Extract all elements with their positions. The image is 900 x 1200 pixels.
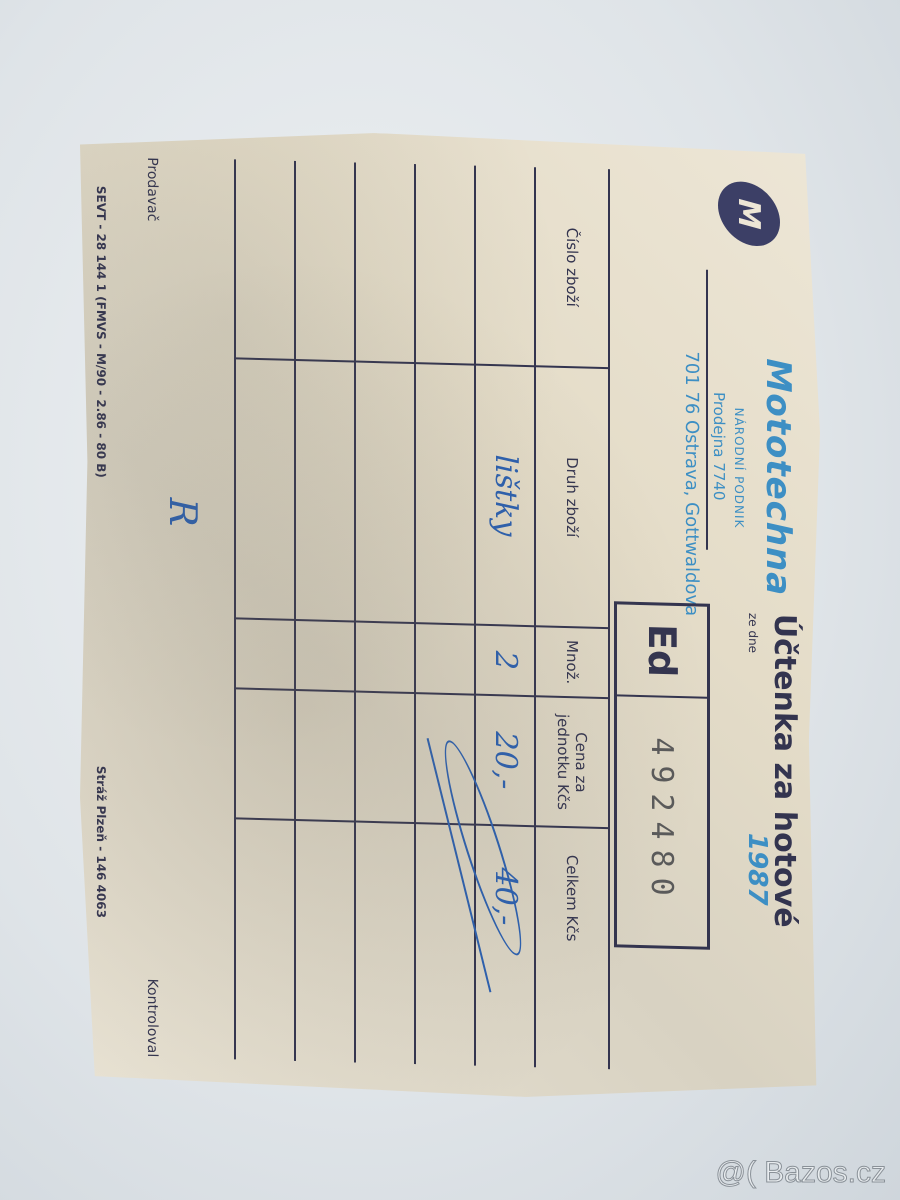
row-item-type: [296, 361, 354, 623]
row-item-number: [236, 159, 294, 361]
row-item-type: [356, 363, 414, 625]
row-unit-price: [236, 689, 294, 821]
date-label: ze dne: [746, 613, 760, 653]
bazos-watermark: @( Bazos.cz: [716, 1156, 887, 1190]
receipt-photo-area: M Mototechna NÁRODNÍ PODNIK Prodejna 774…: [60, 115, 840, 1115]
row-quantity: 2: [476, 626, 534, 698]
row-quantity: [296, 621, 354, 693]
row-quantity: [416, 624, 474, 696]
receipt-number: 492480: [617, 696, 707, 946]
receipt-title: Účtenka za hotové: [767, 613, 802, 928]
address: 701 76 Ostrava, Gottwaldova: [681, 351, 702, 616]
receipt: M Mototechna NÁRODNÍ PODNIK Prodejna 774…: [80, 125, 820, 1104]
row-item-number: [296, 161, 354, 363]
row-item-type: [236, 359, 294, 621]
header-quantity: Množ.: [536, 627, 608, 699]
row-total: [296, 821, 354, 963]
mototechna-logo-icon: M: [718, 174, 780, 253]
table-row: [294, 161, 354, 1063]
header-total: Celkem Kčs: [536, 827, 608, 969]
row-unit-price: [296, 691, 354, 823]
signature-row: Prodavač Kontroloval: [144, 157, 160, 1057]
company-subtitle: NÁRODNÍ PODNIK: [732, 407, 746, 528]
table-row: [354, 162, 414, 1064]
header-divider: [706, 270, 708, 550]
row-quantity: [236, 619, 294, 691]
row-item-type: lištky: [476, 366, 534, 628]
department: Prodejna 7740: [710, 392, 728, 501]
row-total: [236, 819, 294, 961]
row-item-number: [476, 166, 534, 368]
printer-info: Stráž Plzeň - 146 4063: [94, 766, 108, 918]
table-row: [234, 159, 294, 1061]
header-item-type: Druh zboží: [536, 367, 608, 629]
seller-label: Prodavač: [144, 157, 160, 222]
header-unit-price: Cena za jednotku Kčs: [536, 697, 608, 829]
table-header: Číslo zboží Druh zboží Množ. Cena za jed…: [534, 167, 610, 1069]
row-item-number: [356, 163, 414, 365]
header-item-number: Číslo zboží: [536, 167, 608, 369]
date-year-stamp: 1987: [742, 833, 772, 906]
row-unit-price: [356, 693, 414, 825]
series-code: Ed: [617, 604, 707, 698]
receipt-number-box: Ed 492480: [614, 601, 710, 950]
items-table: Číslo zboží Druh zboží Množ. Cena za jed…: [234, 159, 610, 1069]
row-total: [356, 823, 414, 965]
row-item-type: [416, 364, 474, 626]
form-code: SEVT - 28 144 1 (FMVS - M/90 - 2.86 - 80…: [94, 186, 108, 478]
table-row: [414, 164, 474, 1066]
seller-signature: R: [161, 497, 205, 527]
checker-label: Kontroloval: [144, 978, 160, 1057]
row-item-number: [416, 164, 474, 366]
row-quantity: [356, 623, 414, 695]
company-name: Mototechna: [758, 358, 798, 597]
